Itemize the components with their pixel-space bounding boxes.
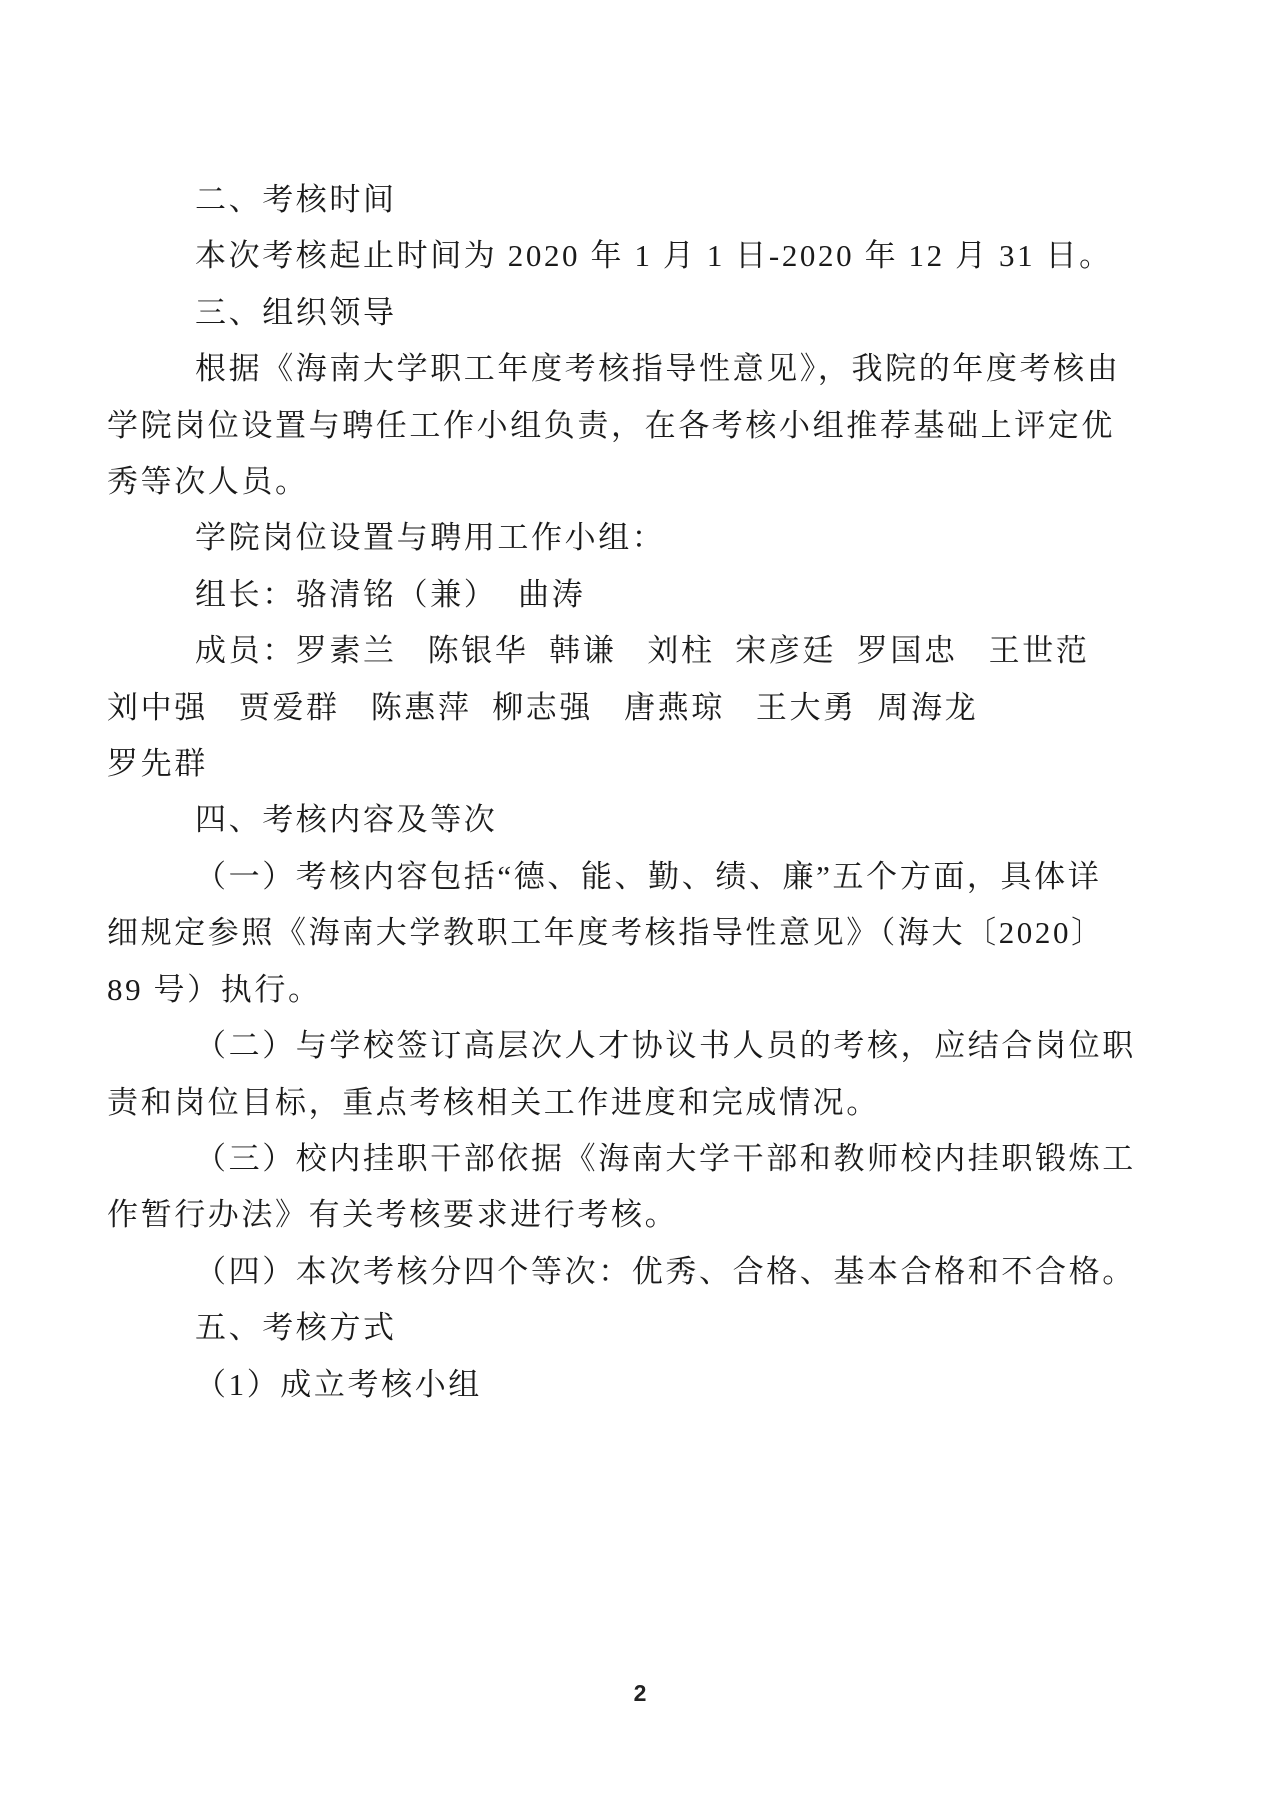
document-line: （一）考核内容包括“德、能、勤、绩、廉”五个方面，具体详 bbox=[107, 849, 1180, 905]
document-line: 五、考核方式 bbox=[107, 1300, 1180, 1356]
document-body: 二、考核时间本次考核起止时间为 2020 年 1 月 1 日-2020 年 12… bbox=[107, 172, 1180, 1413]
document-line: （二）与学校签订高层次人才协议书人员的考核，应结合岗位职 bbox=[107, 1018, 1180, 1074]
document-line: （1）成立考核小组 bbox=[107, 1357, 1180, 1413]
document-line: 学院岗位设置与聘任工作小组负责，在各考核小组推荐基础上评定优 bbox=[107, 398, 1180, 454]
document-line: （三）校内挂职干部依据《海南大学干部和教师校内挂职锻炼工 bbox=[107, 1131, 1180, 1187]
document-line: 学院岗位设置与聘用工作小组： bbox=[107, 510, 1180, 566]
document-line: 成员：罗素兰 陈银华 韩谦 刘柱 宋彦廷 罗国忠 王世范 bbox=[107, 623, 1180, 679]
document-line: 四、考核内容及等次 bbox=[107, 792, 1180, 848]
document-line: 根据《海南大学职工年度考核指导性意见》，我院的年度考核由 bbox=[107, 341, 1180, 397]
document-line: （四）本次考核分四个等次：优秀、合格、基本合格和不合格。 bbox=[107, 1244, 1180, 1300]
document-line: 二、考核时间 bbox=[107, 172, 1180, 228]
document-line: 刘中强 贾爱群 陈惠萍 柳志强 唐燕琼 王大勇 周海龙 bbox=[107, 680, 1180, 736]
document-line: 作暂行办法》有关考核要求进行考核。 bbox=[107, 1187, 1180, 1243]
document-line: 罗先群 bbox=[107, 736, 1180, 792]
document-line: 细规定参照《海南大学教职工年度考核指导性意见》（海大〔2020〕 bbox=[107, 905, 1180, 961]
document-line: 组长：骆清铭（兼） 曲涛 bbox=[107, 567, 1180, 623]
page-number: 2 bbox=[0, 1680, 1280, 1707]
document-line: 秀等次人员。 bbox=[107, 454, 1180, 510]
document-line: 三、组织领导 bbox=[107, 285, 1180, 341]
document-line: 本次考核起止时间为 2020 年 1 月 1 日-2020 年 12 月 31 … bbox=[107, 228, 1180, 284]
document-line: 89 号）执行。 bbox=[107, 962, 1180, 1018]
document-line: 责和岗位目标，重点考核相关工作进度和完成情况。 bbox=[107, 1075, 1180, 1131]
document-page: 二、考核时间本次考核起止时间为 2020 年 1 月 1 日-2020 年 12… bbox=[0, 0, 1280, 1810]
